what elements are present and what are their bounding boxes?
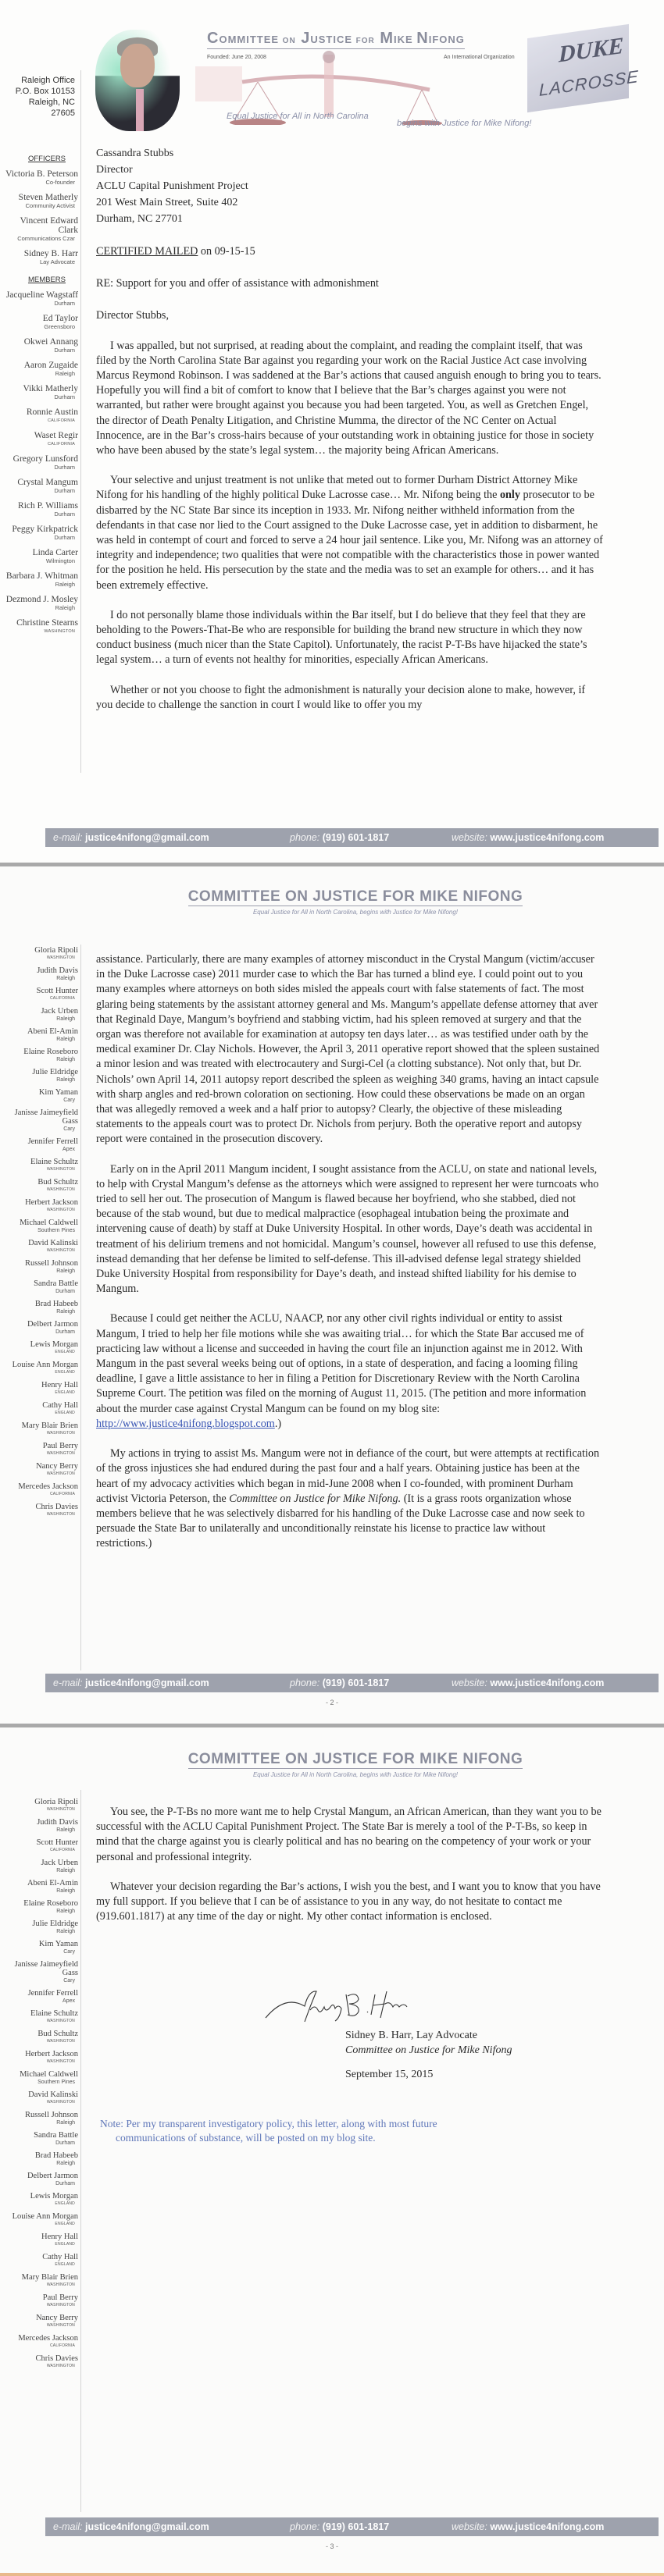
member-entry: Mercedes JacksonCALIFORNIA <box>0 2334 78 2350</box>
member-entry: Jack UrbenRaleigh <box>0 1007 78 1023</box>
member-entry: Henry HallENGLAND <box>0 1381 78 1397</box>
tagline-part-1: Equal Justice for All in North Carolina <box>227 112 369 121</box>
member-entry: Elaine RoseboroRaleigh <box>0 1899 78 1915</box>
certified-mail-line: CERTIFIED MAILED on 09-15-15 <box>96 244 604 259</box>
member-entry: Herbert JacksonWASHINGTON <box>0 1198 78 1214</box>
signer-name-title: Sidney B. Harr, Lay Advocate <box>345 2028 477 2043</box>
member-entry: Waset RegirCALIFORNIA <box>0 431 78 448</box>
member-entry: Janisse Jaimeyfield GassCary <box>0 1960 78 1984</box>
handwritten-signature <box>262 1987 418 2026</box>
tagline-part-2: begins with Justice for Mike Nifong! <box>397 119 531 128</box>
sidebar-divider <box>80 1790 81 2512</box>
member-entry: Brad HabeebRaleigh <box>0 1300 78 1315</box>
member-entry: Aaron ZugaideRaleigh <box>0 361 78 378</box>
phone-number: (919) 601-1817 <box>323 1678 389 1688</box>
member-entry: Delbert JarmonDurham <box>0 1320 78 1336</box>
member-entry: Louise Ann MorganENGLAND <box>0 1361 78 1376</box>
member-entry: Paul BerryWASHINGTON <box>0 2293 78 2309</box>
member-entry: Louise Ann MorganENGLAND <box>0 2212 78 2228</box>
re-line: RE: Support for you and offer of assista… <box>96 276 604 291</box>
member-entry: Scott HunterCALIFORNIA <box>0 1838 78 1854</box>
member-entry: Delbert JarmonDurham <box>0 2172 78 2187</box>
member-entry: Nancy BerryWASHINGTON <box>0 2314 78 2329</box>
org-title: COMMITTEE ON JUSTICE FOR MIKE NIFONG <box>188 888 523 906</box>
contact-footer-bar: e-mail: justice4nifong@gmail.com phone: … <box>45 2517 659 2536</box>
member-entry: Chris DaviesWASHINGTON <box>0 1503 78 1518</box>
page-number: - 2 - <box>0 1699 664 1706</box>
officer-entry: Victoria B. PetersonCo-founder <box>0 169 78 187</box>
member-entry: Chris DaviesWASHINGTON <box>0 2354 78 2370</box>
paragraph-2: Your selective and unjust treatment is n… <box>96 473 604 593</box>
member-entry: Rich P. WilliamsDurham <box>0 501 78 518</box>
letterhead: COMMITTEE ON JUSTICE FOR MIKE NIFONG Fou… <box>0 0 664 129</box>
member-entry: Dezmond J. MosleyRaleigh <box>0 595 78 612</box>
letter-page-3: COMMITTEE ON JUSTICE FOR MIKE NIFONG Equ… <box>0 1727 664 2576</box>
member-entry: Nancy BerryWASHINGTON <box>0 1462 78 1478</box>
letter-page-2: COMMITTEE ON JUSTICE FOR MIKE NIFONG Equ… <box>0 866 664 1725</box>
member-entry: Abeni El-AminRaleigh <box>0 1027 78 1043</box>
portrait-photo <box>95 30 180 131</box>
member-entry: Scott HunterCALIFORNIA <box>0 987 78 1002</box>
email-link[interactable]: justice4nifong@gmail.com <box>85 832 209 843</box>
paragraph-4-start: Whether or not you choose to fight the a… <box>96 683 604 713</box>
member-entry: Elaine SchultzWASHINGTON <box>0 2009 78 2025</box>
website-link[interactable]: www.justice4nifong.com <box>490 2521 604 2532</box>
email-link[interactable]: justice4nifong@gmail.com <box>85 2521 209 2532</box>
members-heading: MEMBERS <box>0 276 78 284</box>
office-address: Raleigh Office P.O. Box 10153 Raleigh, N… <box>0 75 75 119</box>
recipient-address: Cassandra Stubbs Director ACLU Capital P… <box>96 145 604 227</box>
member-entry: Bud SchultzWASHINGTON <box>0 1178 78 1194</box>
member-entry: Lewis MorganENGLAND <box>0 1340 78 1356</box>
member-entry: Jennifer FerrellApex <box>0 1989 78 2005</box>
member-entry: Vikki MatherlyDurham <box>0 384 78 401</box>
member-entry: Gloria RipoliWASHINGTON <box>0 1798 78 1813</box>
member-entry: Mary Blair BrienWASHINGTON <box>0 1421 78 1437</box>
page-3-header: COMMITTEE ON JUSTICE FOR MIKE NIFONG Equ… <box>0 1751 664 1778</box>
member-entry: Elaine RoseboroRaleigh <box>0 1048 78 1063</box>
paragraph-8: You see, the P-T-Bs no more want me to h… <box>96 1805 604 1865</box>
member-entry: Judith DavisRaleigh <box>0 966 78 982</box>
member-entry: Michael CaldwellSouthern Pines <box>0 2070 78 2086</box>
paragraph-9: Whatever your decision regarding the Bar… <box>96 1880 604 1925</box>
org-title: COMMITTEE ON JUSTICE FOR MIKE NIFONG <box>188 1751 523 1769</box>
member-entry: Julie EldridgeRaleigh <box>0 1920 78 1935</box>
member-entry: Ed TaylorGreensboro <box>0 314 78 331</box>
signer-organization: Committee on Justice for Mike Nifong <box>345 2043 512 2058</box>
phone-number: (919) 601-1817 <box>323 832 389 843</box>
member-entry: Julie EldridgeRaleigh <box>0 1068 78 1083</box>
member-entry: Sandra BattleDurham <box>0 1279 78 1295</box>
letter-body-page-2: assistance. Particularly, there are many… <box>96 952 604 1567</box>
paragraph-6: Because I could get neither the ACLU, NA… <box>96 1311 604 1432</box>
member-entry: Gloria RipoliWASHINGTON <box>0 946 78 962</box>
phone-number: (919) 601-1817 <box>323 2521 389 2532</box>
contact-footer-bar: e-mail: justice4nifong@gmail.com phone: … <box>45 828 659 847</box>
paragraph-4-continued: assistance. Particularly, there are many… <box>96 952 604 1147</box>
member-entry: Paul BerryWASHINGTON <box>0 1442 78 1457</box>
website-link[interactable]: www.justice4nifong.com <box>490 1678 604 1688</box>
paragraph-7: My actions in trying to assist Ms. Mangu… <box>96 1446 604 1551</box>
contact-footer-bar: e-mail: justice4nifong@gmail.com phone: … <box>45 1674 659 1692</box>
member-entry: Linda CarterWilmington <box>0 548 78 565</box>
member-entry: Barbara J. WhitmanRaleigh <box>0 571 78 589</box>
member-entry: Okwei AnnangDurham <box>0 337 78 354</box>
member-entry: Crystal MangumDurham <box>0 478 78 495</box>
website-link[interactable]: www.justice4nifong.com <box>490 832 604 843</box>
member-entry: Mary Blair BrienWASHINGTON <box>0 2273 78 2289</box>
committee-sidebar: OFFICERS Victoria B. PetersonCo-founder … <box>0 145 78 642</box>
signature-date: September 15, 2015 <box>345 2067 433 2082</box>
member-entry: Brad HabeebRaleigh <box>0 2151 78 2167</box>
paragraph-1: I was appalled, but not surprised, at re… <box>96 339 604 459</box>
duke-lacrosse-sign: DUKE LACROSSE <box>527 24 629 112</box>
committee-sidebar-continued: Gloria RipoliWASHINGTON Judith DavisRale… <box>0 1798 78 2375</box>
member-entry: Elaine SchultzWASHINGTON <box>0 1158 78 1173</box>
org-title: COMMITTEE ON JUSTICE FOR MIKE NIFONG <box>207 30 465 49</box>
committee-sidebar-continued: Gloria RipoliWASHINGTON Judith DavisRale… <box>0 946 78 1523</box>
member-entry: Jacqueline WagstaffDurham <box>0 290 78 308</box>
member-entry: Janisse Jaimeyfield GassCary <box>0 1108 78 1133</box>
member-entry: Judith DavisRaleigh <box>0 1818 78 1834</box>
member-entry: Cathy HallENGLAND <box>0 2253 78 2268</box>
member-entry: Michael CaldwellSouthern Pines <box>0 1219 78 1234</box>
letter-body-page-3: You see, the P-T-Bs no more want me to h… <box>96 1805 604 1939</box>
officer-entry: Steven MatherlyCommunity Activist <box>0 193 78 210</box>
paragraph-3: I do not personally blame those individu… <box>96 608 604 668</box>
member-entry: Russell JohnsonRaleigh <box>0 2111 78 2126</box>
member-entry: Gregory LunsfordDurham <box>0 454 78 471</box>
member-entry: Jennifer FerrellApex <box>0 1137 78 1153</box>
member-entry: Lewis MorganENGLAND <box>0 2192 78 2208</box>
tagline: Equal Justice for All in North Carolina,… <box>47 1771 664 1778</box>
member-entry: Cathy HallENGLAND <box>0 1401 78 1417</box>
page-2-header: COMMITTEE ON JUSTICE FOR MIKE NIFONG Equ… <box>0 888 664 916</box>
member-entry: David KalinskiWASHINGTON <box>0 2090 78 2106</box>
page-bottom-edge <box>0 2573 664 2576</box>
officer-entry: Sidney B. HarrLay Advocate <box>0 249 78 266</box>
member-entry: Christine StearnsWASHINGTON <box>0 618 78 635</box>
member-entry: Henry HallENGLAND <box>0 2233 78 2248</box>
member-entry: Sandra BattleDurham <box>0 2131 78 2147</box>
paragraph-5: Early on in the April 2011 Mangum incide… <box>96 1162 604 1297</box>
email-link[interactable]: justice4nifong@gmail.com <box>85 1678 209 1688</box>
sidebar-divider <box>80 70 81 773</box>
member-entry: Abeni El-AminRaleigh <box>0 1879 78 1895</box>
page-number: - 3 - <box>0 2542 664 2550</box>
member-entry: Russell JohnsonRaleigh <box>0 1259 78 1275</box>
member-entry: Herbert JacksonWASHINGTON <box>0 2050 78 2065</box>
transparency-note: Note: Per my transparent investigatory p… <box>100 2117 537 2145</box>
member-entry: Kim YamanCary <box>0 1940 78 1955</box>
member-entry: David KalinskiWASHINGTON <box>0 1239 78 1254</box>
officers-heading: OFFICERS <box>0 155 78 163</box>
member-entry: Kim YamanCary <box>0 1088 78 1104</box>
tagline: Equal Justice for All in North Carolina,… <box>47 909 664 916</box>
officer-entry: Vincent Edward ClarkCommunications Czar <box>0 216 78 243</box>
member-entry: Jack UrbenRaleigh <box>0 1859 78 1874</box>
letter-body-page-1: Cassandra Stubbs Director ACLU Capital P… <box>96 145 604 728</box>
blog-link[interactable]: http://www.justice4nifong.blogspot.com <box>96 1418 275 1430</box>
salutation: Director Stubbs, <box>96 308 604 323</box>
member-entry: Bud SchultzWASHINGTON <box>0 2030 78 2045</box>
letter-page-1: COMMITTEE ON JUSTICE FOR MIKE NIFONG Fou… <box>0 0 664 863</box>
member-entry: Mercedes JacksonCALIFORNIA <box>0 1482 78 1498</box>
member-entry: Peggy KirkpatrickDurham <box>0 525 78 542</box>
member-entry: Ronnie AustinCALIFORNIA <box>0 407 78 425</box>
sidebar-divider <box>80 945 81 1670</box>
